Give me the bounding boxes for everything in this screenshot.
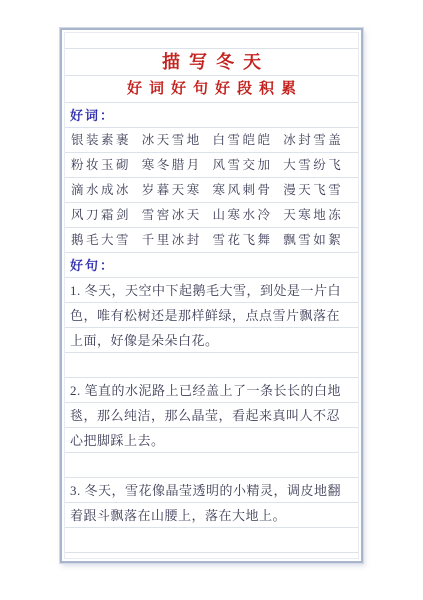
bottom-filler [65,553,358,558]
sentence-line: 2. 笔直的水泥路上已经盖上了一条长长的白地 [65,378,358,403]
word-item: 漫天飞雪 [283,178,343,203]
word-item: 山寒水冷 [213,203,273,228]
ruled-sheet: 描写冬天 好词好句好段积累 好词： 银装素裹 冰天雪地 白雪皑皑 冰封雪盖 粉妆… [64,32,359,559]
blank-line [65,528,358,553]
word-item: 滴水成冰 [71,178,131,203]
word-item: 岁暮天寒 [142,178,202,203]
word-item: 寒风刺骨 [213,178,273,203]
word-item: 鹅毛大雪 [71,228,131,253]
word-item: 冰天雪地 [142,128,202,153]
word-row: 鹅毛大雪 千里冰封 雪花飞舞 飘雪如絮 [65,228,358,253]
words-section-label: 好词： [65,103,358,128]
blank-line [65,453,358,478]
word-item: 雪花飞舞 [213,228,273,253]
sentence-line: 1. 冬天，天空中下起鹅毛大雪，到处是一片白 [65,278,358,303]
word-item: 银装素裹 [71,128,131,153]
word-item: 白雪皑皑 [213,128,273,153]
sentence-line: 心把脚踩上去。 [65,428,358,453]
word-item: 大雪纷飞 [283,153,343,178]
top-spacer [65,33,358,49]
word-item: 冰封雪盖 [283,128,343,153]
sentence-line: 上面，好像是朵朵白花。 [65,328,358,353]
worksheet-page: 描写冬天 好词好句好段积累 好词： 银装素裹 冰天雪地 白雪皑皑 冰封雪盖 粉妆… [60,28,363,563]
word-item: 风雪交加 [213,153,273,178]
word-item: 千里冰封 [142,228,202,253]
word-item: 天寒地冻 [283,203,343,228]
word-item: 雪窖冰天 [142,203,202,228]
blank-line [65,353,358,378]
word-item: 飘雪如絮 [283,228,343,253]
word-row: 风刀霜剑 雪窖冰天 山寒水冷 天寒地冻 [65,203,358,228]
word-row: 银装素裹 冰天雪地 白雪皑皑 冰封雪盖 [65,128,358,153]
document-canvas: 描写冬天 好词好句好段积累 好词： 银装素裹 冰天雪地 白雪皑皑 冰封雪盖 粉妆… [0,0,423,600]
sentences-section-label: 好句： [65,253,358,278]
word-item: 寒冬腊月 [142,153,202,178]
page-subtitle: 好词好句好段积累 [65,76,358,103]
word-row: 粉妆玉砌 寒冬腊月 风雪交加 大雪纷飞 [65,153,358,178]
sentence-line: 毯，那么纯洁，那么晶莹，看起来真叫人不忍 [65,403,358,428]
word-row: 滴水成冰 岁暮天寒 寒风刺骨 漫天飞雪 [65,178,358,203]
word-item: 风刀霜剑 [71,203,131,228]
sentence-line: 色，唯有松树还是那样鲜绿，点点雪片飘落在 [65,303,358,328]
page-title: 描写冬天 [65,49,358,76]
sentence-line: 着跟斗飘落在山腰上，落在大地上。 [65,503,358,528]
sentence-line: 3. 冬天，雪花像晶莹透明的小精灵，调皮地翻 [65,478,358,503]
word-item: 粉妆玉砌 [71,153,131,178]
